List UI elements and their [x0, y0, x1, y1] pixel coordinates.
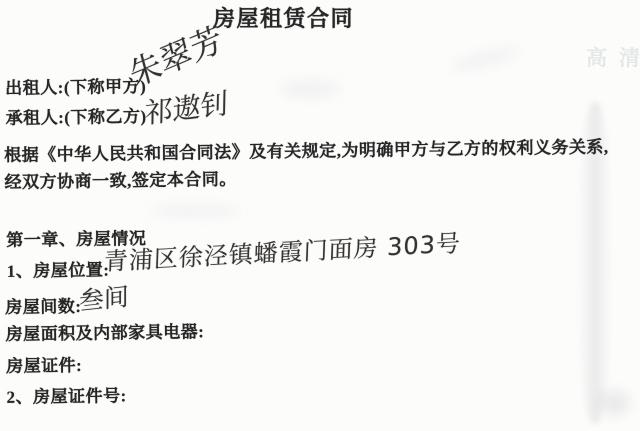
field-label-area-furniture: 房屋面积及内部家具电器:: [5, 317, 204, 345]
preamble-line-1: 根据《中华人民共和国合同法》及有关规定,为明确甲方与乙方的权利义务关系,: [4, 132, 609, 165]
scanned-rental-contract-page: 高清 房屋租赁合同 出租人:(下称甲方) 承租人:(下称乙方) 根据《中华人民共…: [0, 0, 640, 431]
printed-text-layer: 出租人:(下称甲方) 承租人:(下称乙方) 根据《中华人民共和国合同法》及有关规…: [0, 0, 640, 431]
field-label-room-count: 房屋间数:: [5, 292, 82, 318]
field-label-house-location: 1、房屋位置:: [7, 255, 110, 281]
lessee-party-label: 承租人:(下称乙方): [5, 102, 146, 129]
preamble-line-2: 经双方协商一致,签定本合同。: [4, 165, 237, 193]
lessor-party-label: 出租人:(下称甲方): [5, 72, 146, 99]
room-count-handwriting: 叁间: [79, 277, 129, 318]
field-label-house-certificate: 房屋证件:: [6, 351, 83, 377]
field-label-certificate-number: 2、房屋证件号:: [6, 381, 127, 408]
